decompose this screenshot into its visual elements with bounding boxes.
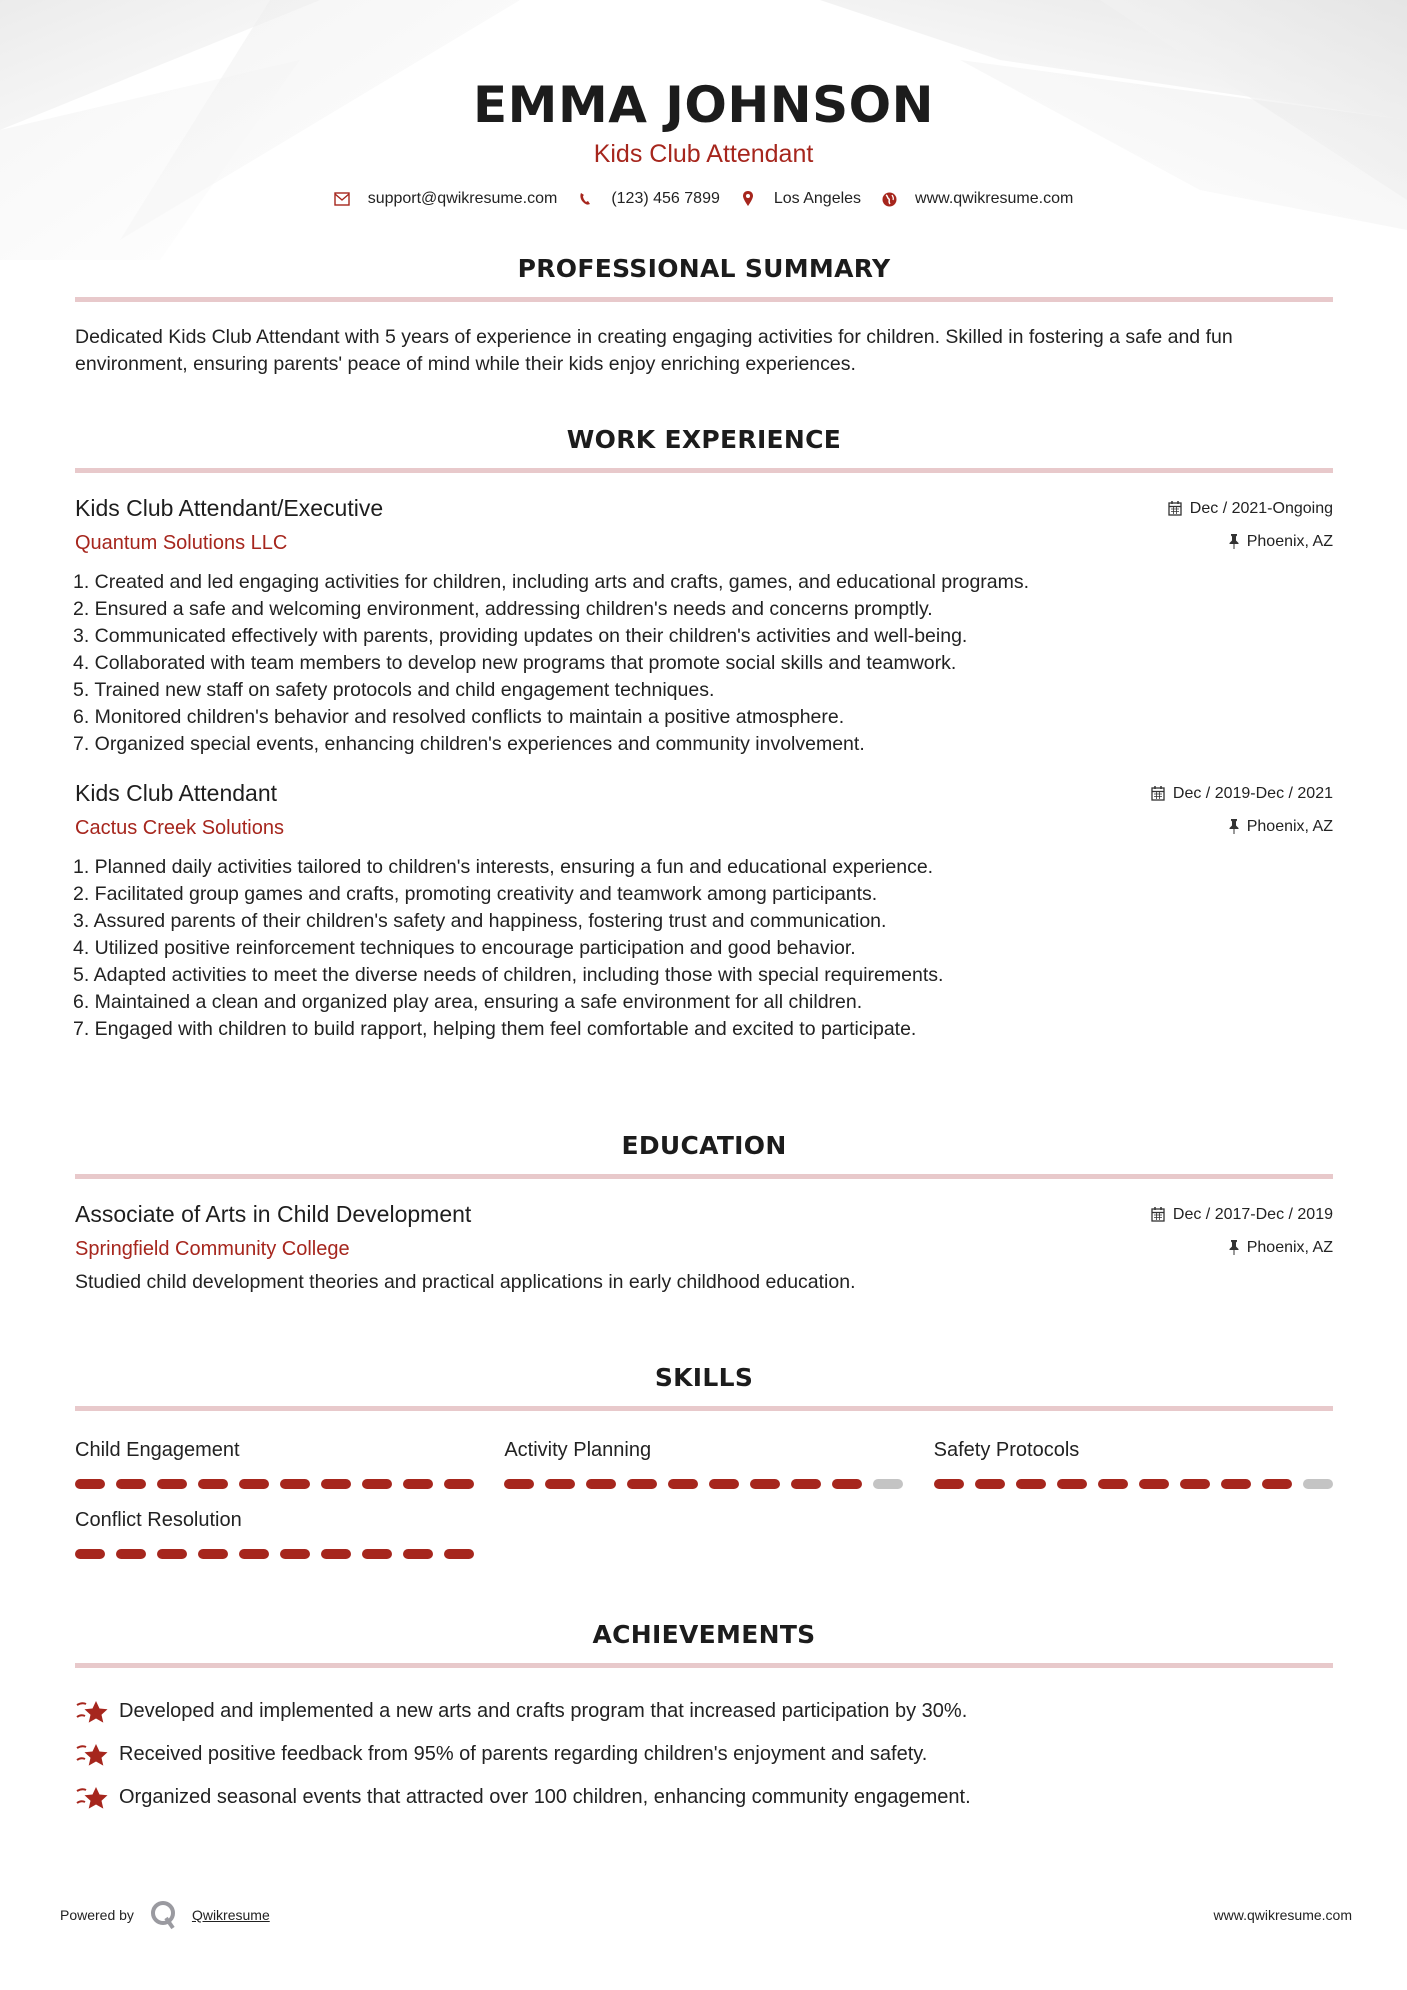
calendar-icon — [1151, 1207, 1165, 1222]
contact-email-text: support@qwikresume.com — [368, 190, 558, 208]
skill-segment — [832, 1479, 862, 1489]
resume-header: EMMA JOHNSON Kids Club Attendant support… — [0, 0, 1407, 208]
skill-segment — [545, 1479, 575, 1489]
skill-segment — [975, 1479, 1005, 1489]
achievement-item: Developed and implemented a new arts and… — [75, 1690, 1333, 1733]
contact-website-text: www.qwikresume.com — [915, 190, 1073, 208]
list-item: 4. Utilized positive reinforcement techn… — [73, 935, 1333, 962]
list-item: 7. Organized special events, enhancing c… — [73, 731, 1333, 758]
job-location: Phoenix, AZ — [1229, 533, 1333, 551]
skill-segment — [791, 1479, 821, 1489]
company-name: Cactus Creek Solutions — [75, 817, 284, 840]
list-item: 1. Created and led engaging activities f… — [73, 569, 1333, 596]
list-item: 7. Engaged with children to build rappor… — [73, 1016, 1333, 1043]
skill-segment — [668, 1479, 698, 1489]
contact-location-text: Los Angeles — [774, 190, 861, 208]
skills-grid: Child Engagement Activity Planning Safet… — [75, 1439, 1333, 1559]
summary-section: PROFESSIONAL SUMMARY Dedicated Kids Club… — [75, 254, 1333, 378]
skill-segment — [280, 1479, 310, 1489]
summary-text: Dedicated Kids Club Attendant with 5 yea… — [75, 324, 1333, 378]
job-entry: Kids Club Attendant Dec / 2019-Dec / 202… — [75, 780, 1333, 1043]
degree: Associate of Arts in Child Development — [75, 1201, 471, 1228]
calendar-icon — [1168, 501, 1182, 516]
skill-segment — [1057, 1479, 1087, 1489]
footer-website[interactable]: www.qwikresume.com — [1214, 1907, 1352, 1923]
skill-segment — [504, 1479, 534, 1489]
skill-item: Safety Protocols — [934, 1439, 1333, 1489]
job-dates: Dec / 2021-Ongoing — [1168, 500, 1333, 518]
job-entry: Kids Club Attendant/Executive Dec / 2021… — [75, 495, 1333, 758]
candidate-name: EMMA JOHNSON — [0, 74, 1407, 136]
contact-email[interactable]: support@qwikresume.com — [334, 190, 558, 208]
shooting-star-icon — [75, 1784, 111, 1812]
skill-segment — [1016, 1479, 1046, 1489]
skill-segment — [1098, 1479, 1128, 1489]
globe-icon — [881, 191, 897, 207]
qwikresume-logo-icon — [150, 1900, 178, 1930]
powered-by: Powered by Qwikresume — [60, 1900, 270, 1930]
skill-segment — [239, 1549, 269, 1559]
skill-segment — [403, 1479, 433, 1489]
skill-item: Child Engagement — [75, 1439, 474, 1489]
section-divider — [75, 1406, 1333, 1411]
job-dates: Dec / 2019-Dec / 2021 — [1151, 785, 1333, 803]
job-title: Kids Club Attendant/Executive — [75, 495, 383, 522]
skill-level-bar — [75, 1549, 474, 1559]
skill-segment — [1139, 1479, 1169, 1489]
skill-level-bar — [934, 1479, 1333, 1489]
achievements-list: Developed and implemented a new arts and… — [75, 1690, 1333, 1819]
skill-segment — [198, 1549, 228, 1559]
skills-heading: SKILLS — [75, 1363, 1333, 1392]
skill-segment — [75, 1479, 105, 1489]
contact-bar: support@qwikresume.com (123) 456 7899 Lo… — [0, 190, 1407, 208]
pushpin-icon — [1229, 819, 1239, 834]
school-name: Springfield Community College — [75, 1238, 350, 1261]
skill-segment — [321, 1549, 351, 1559]
list-item: 3. Assured parents of their children's s… — [73, 908, 1333, 935]
skill-segment — [403, 1549, 433, 1559]
job-responsibilities: 1. Planned daily activities tailored to … — [75, 854, 1333, 1043]
list-item: 5. Trained new staff on safety protocols… — [73, 677, 1333, 704]
skills-section: SKILLS Child Engagement Activity Plannin… — [75, 1363, 1333, 1559]
skill-item: Conflict Resolution — [75, 1509, 474, 1559]
education-location: Phoenix, AZ — [1229, 1239, 1333, 1257]
experience-heading: WORK EXPERIENCE — [75, 425, 1333, 454]
education-section: EDUCATION Associate of Arts in Child Dev… — [75, 1131, 1333, 1296]
contact-phone[interactable]: (123) 456 7899 — [577, 190, 720, 208]
skill-segment — [627, 1479, 657, 1489]
shooting-star-icon — [75, 1698, 111, 1726]
calendar-icon — [1151, 786, 1165, 801]
skill-segment — [750, 1479, 780, 1489]
job-location: Phoenix, AZ — [1229, 818, 1333, 836]
skill-segment — [157, 1549, 187, 1559]
pushpin-icon — [1229, 534, 1239, 549]
skill-segment — [198, 1479, 228, 1489]
achievement-text: Developed and implemented a new arts and… — [119, 1700, 967, 1723]
list-item: 5. Adapted activities to meet the divers… — [73, 962, 1333, 989]
skill-level-bar — [504, 1479, 903, 1489]
list-item: 6. Maintained a clean and organized play… — [73, 989, 1333, 1016]
skill-segment — [362, 1479, 392, 1489]
job-responsibilities: 1. Created and led engaging activities f… — [75, 569, 1333, 758]
envelope-icon — [334, 191, 350, 207]
achievements-section: ACHIEVEMENTS Developed and implemented a… — [75, 1620, 1333, 1819]
contact-website[interactable]: www.qwikresume.com — [881, 190, 1073, 208]
list-item: 3. Communicated effectively with parents… — [73, 623, 1333, 650]
education-description: Studied child development theories and p… — [75, 1269, 1333, 1296]
skill-name: Conflict Resolution — [75, 1509, 474, 1537]
list-item: 4. Collaborated with team members to dev… — [73, 650, 1333, 677]
skill-segment — [444, 1549, 474, 1559]
skill-segment — [1262, 1479, 1292, 1489]
skill-segment — [1303, 1479, 1333, 1489]
skill-segment — [586, 1479, 616, 1489]
list-item: 6. Monitored children's behavior and res… — [73, 704, 1333, 731]
skill-segment — [1221, 1479, 1251, 1489]
skill-segment — [362, 1549, 392, 1559]
skill-name: Child Engagement — [75, 1439, 474, 1467]
skill-segment — [75, 1549, 105, 1559]
skill-level-bar — [75, 1479, 474, 1489]
skill-segment — [239, 1479, 269, 1489]
powered-by-label: Powered by — [60, 1907, 134, 1923]
achievement-item: Received positive feedback from 95% of p… — [75, 1733, 1333, 1776]
page-footer: Powered by Qwikresume www.qwikresume.com — [60, 1900, 1352, 1930]
map-marker-icon — [740, 191, 756, 207]
contact-phone-text: (123) 456 7899 — [611, 190, 720, 208]
education-dates: Dec / 2017-Dec / 2019 — [1151, 1206, 1333, 1224]
achievements-heading: ACHIEVEMENTS — [75, 1620, 1333, 1649]
shooting-star-icon — [75, 1741, 111, 1769]
skill-segment — [873, 1479, 903, 1489]
skill-segment — [157, 1479, 187, 1489]
section-divider — [75, 1663, 1333, 1668]
skill-item: Activity Planning — [504, 1439, 903, 1489]
education-heading: EDUCATION — [75, 1131, 1333, 1160]
candidate-title: Kids Club Attendant — [0, 138, 1407, 170]
skill-segment — [321, 1479, 351, 1489]
skill-segment — [116, 1549, 146, 1559]
contact-location: Los Angeles — [740, 190, 861, 208]
phone-icon — [577, 191, 593, 207]
resume-page: EMMA JOHNSON Kids Club Attendant support… — [0, 0, 1407, 1990]
section-divider — [75, 1174, 1333, 1179]
skill-segment — [1180, 1479, 1210, 1489]
experience-section: WORK EXPERIENCE Kids Club Attendant/Exec… — [75, 425, 1333, 1043]
section-divider — [75, 297, 1333, 302]
skill-name: Activity Planning — [504, 1439, 903, 1467]
skill-segment — [709, 1479, 739, 1489]
qwikresume-link[interactable]: Qwikresume — [192, 1907, 270, 1923]
skill-segment — [280, 1549, 310, 1559]
pushpin-icon — [1229, 1240, 1239, 1255]
skill-segment — [116, 1479, 146, 1489]
list-item: 2. Facilitated group games and crafts, p… — [73, 881, 1333, 908]
education-entry: Associate of Arts in Child Development D… — [75, 1201, 1333, 1296]
company-name: Quantum Solutions LLC — [75, 532, 287, 555]
summary-heading: PROFESSIONAL SUMMARY — [75, 254, 1333, 283]
job-title: Kids Club Attendant — [75, 780, 277, 807]
achievement-item: Organized seasonal events that attracted… — [75, 1776, 1333, 1819]
skill-segment — [444, 1479, 474, 1489]
skill-segment — [934, 1479, 964, 1489]
achievement-text: Organized seasonal events that attracted… — [119, 1786, 971, 1809]
skill-name: Safety Protocols — [934, 1439, 1333, 1467]
section-divider — [75, 468, 1333, 473]
achievement-text: Received positive feedback from 95% of p… — [119, 1743, 927, 1766]
list-item: 1. Planned daily activities tailored to … — [73, 854, 1333, 881]
list-item: 2. Ensured a safe and welcoming environm… — [73, 596, 1333, 623]
